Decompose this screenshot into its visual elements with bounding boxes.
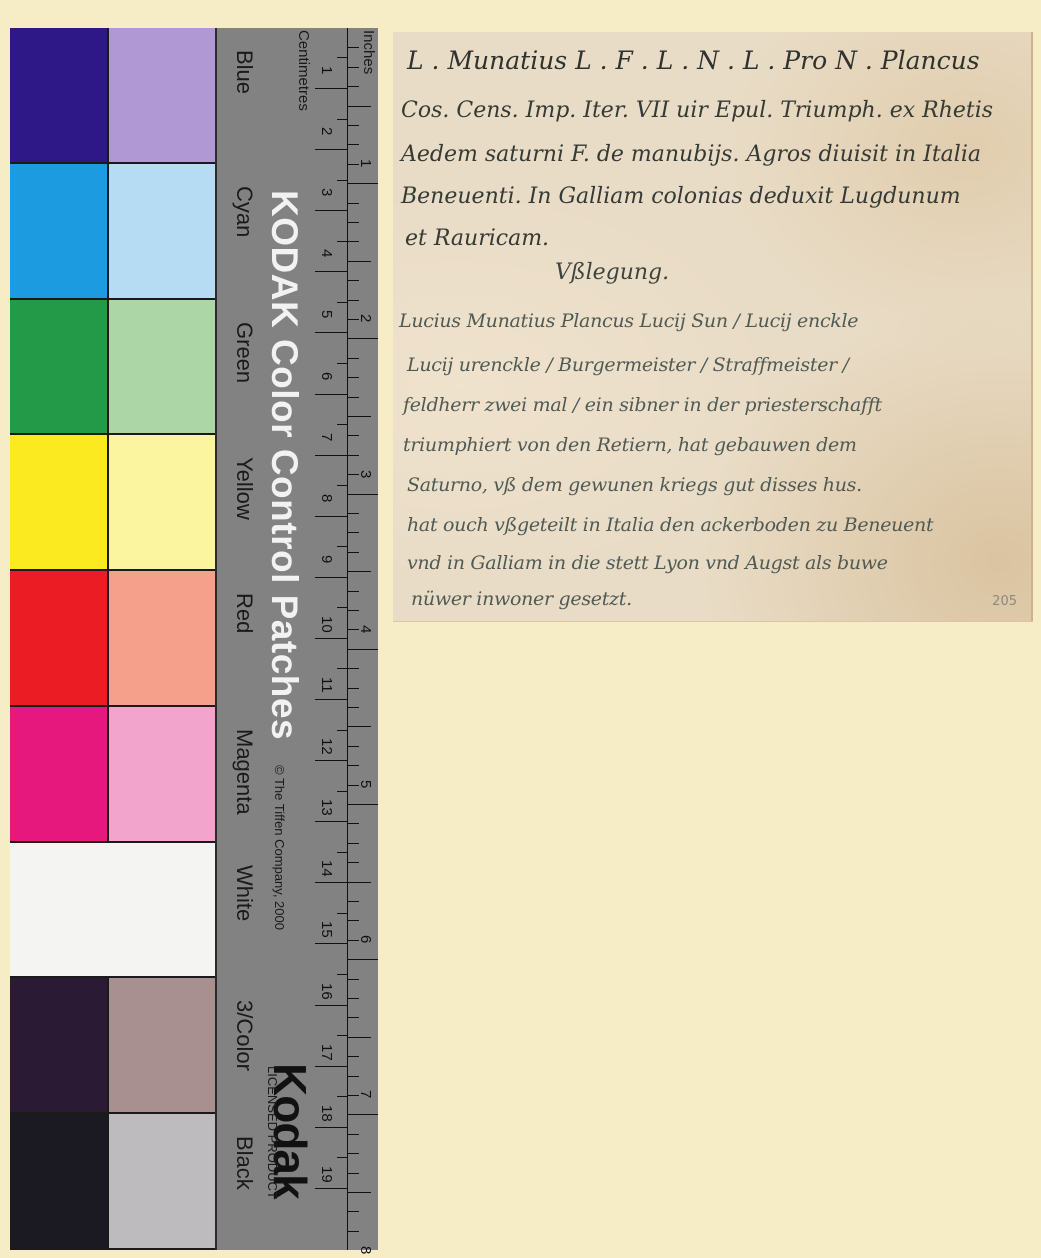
inch-sub-tick <box>347 47 359 48</box>
inch-sub-tick <box>347 125 359 126</box>
inch-sub-tick <box>347 1017 359 1018</box>
inch-sub-tick <box>347 552 359 553</box>
inch-sub-tick <box>347 455 359 456</box>
inch-sub-tick <box>347 397 359 398</box>
cm-half-tick <box>337 1096 347 1097</box>
cm-half-tick <box>337 913 347 914</box>
inch-sub-tick <box>347 532 359 533</box>
inch-scale-line <box>347 28 348 1250</box>
cm-tick <box>315 1066 347 1067</box>
patch-dark <box>10 978 107 1112</box>
inch-sub-tick <box>347 901 359 902</box>
cm-half-tick <box>337 241 347 242</box>
patch-dark <box>10 300 107 434</box>
patch-label: Black <box>231 1136 257 1190</box>
inch-sub-tick <box>347 979 359 980</box>
inch-sub-tick <box>347 358 359 359</box>
inch-sub-tick <box>347 765 359 766</box>
inch-sub-tick <box>347 416 371 417</box>
latin-line-2: Cos. Cens. Imp. Iter. VII uir Epul. Triu… <box>401 98 993 123</box>
inch-number: 4 <box>357 625 374 633</box>
patch-label: Magenta <box>231 729 257 815</box>
inch-number: 6 <box>357 935 374 943</box>
folio-number: 205 <box>992 594 1017 609</box>
inch-sub-tick <box>347 571 371 572</box>
cm-tick <box>315 1188 347 1189</box>
patch-dark <box>10 707 107 841</box>
cm-number: 4 <box>318 249 335 257</box>
inch-sub-tick <box>347 746 359 747</box>
latin-line-1: L . Munatius L . F . L . N . L . Pro N .… <box>407 46 980 75</box>
inch-sub-tick <box>347 998 359 999</box>
cm-half-tick <box>337 57 347 58</box>
german-line-6: hat ouch vßgeteilt in Italia den ackerbo… <box>407 514 933 536</box>
kodak-color-control-chart: Inches Centimetres KODAK Color Control P… <box>10 28 376 1250</box>
inch-number: 2 <box>357 314 374 322</box>
inch-sub-tick <box>347 222 359 223</box>
inch-sub-tick <box>347 1134 359 1135</box>
cm-tick <box>315 210 347 211</box>
inch-sub-tick <box>347 1037 371 1038</box>
cm-half-tick <box>337 730 347 731</box>
cm-half-tick <box>337 1157 347 1158</box>
cm-tick <box>315 88 347 89</box>
cm-tick <box>315 638 347 639</box>
inch-sub-tick <box>347 1192 371 1193</box>
patch-dark <box>10 164 107 298</box>
cm-tick <box>315 516 347 517</box>
patch-row-magenta <box>10 707 215 843</box>
cm-tick <box>315 455 347 456</box>
inch-tick <box>347 183 378 184</box>
cm-number: 3 <box>318 188 335 196</box>
cm-number: 17 <box>318 1044 335 1061</box>
cm-number: 12 <box>318 738 335 755</box>
patch-light <box>109 164 215 298</box>
inch-sub-tick <box>347 435 359 436</box>
cm-number: 11 <box>318 677 335 693</box>
cm-tick <box>315 577 347 578</box>
inch-sub-tick <box>347 144 359 145</box>
inch-number: 8 <box>357 1246 374 1254</box>
inch-sub-tick <box>347 823 359 824</box>
cm-half-tick <box>337 1035 347 1036</box>
inch-number: 7 <box>357 1090 374 1098</box>
cm-number: 13 <box>318 799 335 816</box>
inch-sub-tick <box>347 610 359 611</box>
patch-label: White <box>231 865 257 921</box>
german-line-5: Saturno, vß dem gewunen kriegs gut disse… <box>407 474 862 496</box>
copyright-text: © The Tiffen Company, 2000 <box>272 765 287 930</box>
cm-number: 14 <box>318 860 335 877</box>
inch-tick <box>347 649 378 650</box>
inch-sub-tick <box>347 1211 359 1212</box>
inch-sub-tick <box>347 1076 359 1077</box>
inch-sub-tick <box>347 688 359 689</box>
patch-row-green <box>10 300 215 436</box>
cm-tick <box>315 821 347 822</box>
cm-half-tick <box>337 302 347 303</box>
inch-sub-tick <box>347 843 359 844</box>
cm-number: 1 <box>318 66 335 74</box>
inch-sub-tick <box>347 203 359 204</box>
cm-number: 2 <box>318 127 335 135</box>
inch-number: 1 <box>357 159 374 167</box>
cm-number: 18 <box>318 1105 335 1122</box>
cm-tick <box>315 943 347 944</box>
patch-label: Cyan <box>231 186 257 237</box>
patch-dark <box>10 435 107 569</box>
inch-sub-tick <box>347 1056 359 1057</box>
cm-tick <box>315 882 347 883</box>
inch-sub-tick <box>347 1153 359 1154</box>
cm-half-tick <box>337 668 347 669</box>
patch-light <box>109 28 215 162</box>
cm-tick <box>315 394 347 395</box>
inch-sub-tick <box>347 707 359 708</box>
latin-line-5: et Rauricam. <box>405 226 549 251</box>
cm-number: 5 <box>318 310 335 318</box>
cm-number: 16 <box>318 983 335 1000</box>
cm-tick <box>315 1005 347 1006</box>
inch-tick <box>347 494 378 495</box>
inch-sub-tick <box>347 1173 359 1174</box>
inch-sub-tick <box>347 726 371 727</box>
cm-tick <box>315 1127 347 1128</box>
latin-line-4: Beneuenti. In Galliam colonias deduxit L… <box>401 184 961 209</box>
manuscript-fragment: L . Munatius L . F . L . N . L . Pro N .… <box>393 32 1033 621</box>
patch-row-yellow <box>10 435 215 571</box>
patch-full <box>10 843 215 977</box>
inch-sub-tick <box>347 86 359 87</box>
inch-sub-tick <box>347 377 359 378</box>
patch-label: Yellow <box>231 457 257 520</box>
inch-tick <box>347 804 378 805</box>
patch-light <box>109 1114 215 1248</box>
cm-number: 15 <box>318 921 335 938</box>
cm-half-tick <box>337 363 347 364</box>
patch-dark <box>10 1114 107 1248</box>
inch-sub-tick <box>347 591 359 592</box>
patch-light <box>109 571 215 705</box>
inch-tick <box>347 1114 378 1115</box>
cm-tick <box>315 332 347 333</box>
patch-light <box>109 435 215 569</box>
latin-line-3: Aedem saturni F. de manubijs. Agros diui… <box>401 142 981 167</box>
patch-label: 3/Color <box>231 1000 257 1071</box>
inch-sub-tick <box>347 513 359 514</box>
inch-sub-tick <box>347 241 359 242</box>
cm-tick <box>315 271 347 272</box>
patch-row-white <box>10 843 215 979</box>
patch-label: Green <box>231 322 257 383</box>
cm-number: 9 <box>318 555 335 563</box>
inch-sub-tick <box>347 300 359 301</box>
german-line-3: feldherr zwei mal / ein sibner in der pr… <box>403 394 882 416</box>
patch-label: Blue <box>231 50 257 94</box>
cm-number: 6 <box>318 372 335 380</box>
patch-row-cyan <box>10 164 215 300</box>
centimetres-label: Centimetres <box>295 30 312 111</box>
inch-sub-tick <box>347 261 371 262</box>
cm-half-tick <box>337 607 347 608</box>
chart-title: KODAK Color Control Patches <box>263 190 305 740</box>
inch-sub-tick <box>347 67 359 68</box>
inch-sub-tick <box>347 882 371 883</box>
cm-tick <box>315 760 347 761</box>
section-heading: Vßlegung. <box>555 260 669 285</box>
inch-sub-tick <box>347 920 359 921</box>
cm-number: 8 <box>318 494 335 502</box>
cm-half-tick <box>337 852 347 853</box>
cm-tick <box>315 699 347 700</box>
patch-light <box>109 978 215 1112</box>
cm-tick <box>315 149 347 150</box>
patch-row-blue <box>10 28 215 164</box>
cm-half-tick <box>337 424 347 425</box>
patch-dark <box>10 571 107 705</box>
inch-number: 5 <box>357 780 374 788</box>
ruler: Inches Centimetres KODAK Color Control P… <box>215 28 378 1250</box>
inch-tick <box>347 338 378 339</box>
inch-sub-tick <box>347 1231 359 1232</box>
inch-sub-tick <box>347 280 359 281</box>
german-line-2: Lucij urenckle / Burgermeister / Straffm… <box>407 354 849 376</box>
german-line-4: triumphiert von den Retiern, hat gebauwe… <box>403 434 857 456</box>
cm-number: 19 <box>318 1166 335 1183</box>
german-line-1: Lucius Munatius Plancus Lucij Sun / Luci… <box>399 310 858 332</box>
patch-row-3-color <box>10 978 215 1114</box>
cm-half-tick <box>337 546 347 547</box>
german-line-8: nüwer inwoner gesetzt. <box>411 588 632 610</box>
color-patches <box>10 28 215 1250</box>
cm-half-tick <box>337 791 347 792</box>
cm-half-tick <box>337 974 347 975</box>
inch-sub-tick <box>347 668 359 669</box>
patch-row-red <box>10 571 215 707</box>
inches-label: Inches <box>360 30 377 74</box>
cm-half-tick <box>337 485 347 486</box>
patch-label: Red <box>231 593 257 633</box>
cm-half-tick <box>337 180 347 181</box>
inch-sub-tick <box>347 106 371 107</box>
patch-dark <box>10 28 107 162</box>
inch-sub-tick <box>347 862 359 863</box>
patch-light <box>109 707 215 841</box>
inch-number: 3 <box>357 470 374 478</box>
inch-tick <box>347 959 378 960</box>
german-line-7: vnd in Galliam in die stett Lyon vnd Aug… <box>407 552 888 574</box>
cm-number: 7 <box>318 433 335 441</box>
cm-number: 10 <box>318 616 335 633</box>
licensed-product-text: LICENSED PRODUCT <box>265 1066 280 1199</box>
patch-light <box>109 300 215 434</box>
cm-half-tick <box>337 119 347 120</box>
patch-row-black <box>10 1114 215 1250</box>
